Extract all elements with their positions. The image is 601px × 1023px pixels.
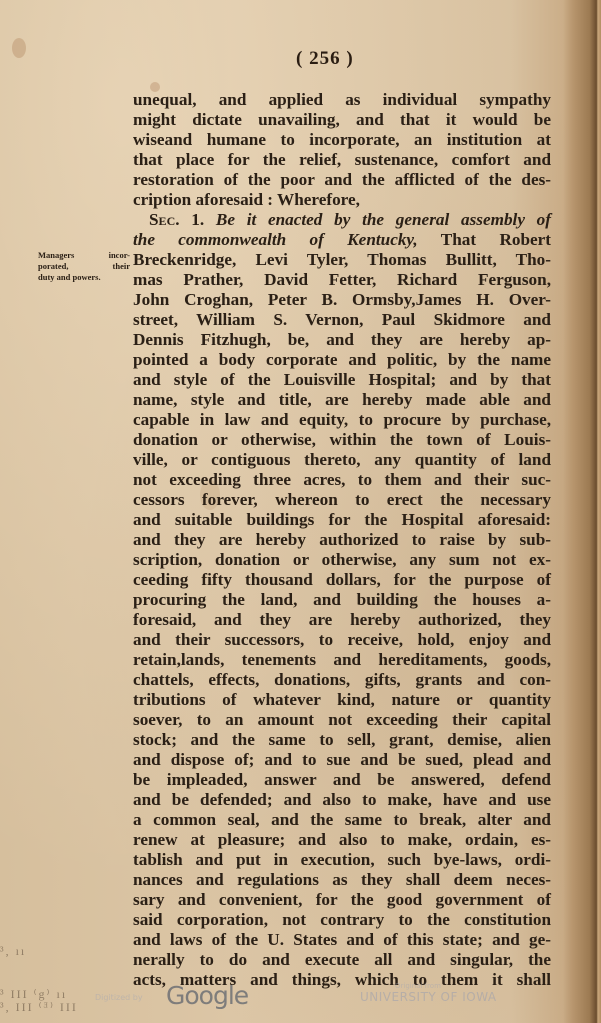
text-line: and suitable buildings for the Hospital … <box>133 510 551 530</box>
text-line: restoration of the poor and the afflicte… <box>133 170 551 190</box>
text-line: ceeding fifty thousand dollars, for the … <box>133 570 551 590</box>
text-line: street, William S. Vernon, Paul Skidmore… <box>133 310 551 330</box>
enacting-clause: the commonwealth of Kentucky, <box>133 230 418 249</box>
scanned-book-page: ( 256 ) Managers incor- porated, their d… <box>0 0 601 1023</box>
margin-note: Managers incor- porated, their duty and … <box>38 250 130 283</box>
text-line: and style of the Louisville Hospital; an… <box>133 370 551 390</box>
text-line: be impleaded, answer and be answered, de… <box>133 770 551 790</box>
margin-note-line: Managers incor- <box>38 250 130 261</box>
text-line: John Croghan, Peter B. Ormsby,James H. O… <box>133 290 551 310</box>
text-line: cessors forever, whereon to erect the ne… <box>133 490 551 510</box>
margin-note-line: duty and powers. <box>38 272 130 283</box>
text-line: pointed a body corporate and politic, by… <box>133 350 551 370</box>
text-line: name, style and title, are hereby made a… <box>133 390 551 410</box>
paper-stain <box>12 38 26 58</box>
text-line: and be defended; and also to make, have … <box>133 790 551 810</box>
text-line: the commonwealth of Kentucky, That Rober… <box>133 230 551 250</box>
text-line: mas Prather, David Fetter, Richard Fergu… <box>133 270 551 290</box>
digitized-by-label: Digitized by <box>95 993 143 1002</box>
text-line: not exceeding three acres, to them and t… <box>133 470 551 490</box>
text-line: wiseand humane to incorporate, an instit… <box>133 130 551 150</box>
page-number: ( 256 ) <box>296 48 386 70</box>
university-label: UNIVERSITY OF IOWA <box>360 990 497 1004</box>
google-logo: Google <box>166 981 248 1010</box>
text-line: Dennis Fitzhugh, be, and they are hereby… <box>133 330 551 350</box>
text-line: that place for the relief, sustenance, c… <box>133 150 551 170</box>
text-line: and their successors, to receive, hold, … <box>133 630 551 650</box>
text-line: a common seal, and the same to break, al… <box>133 810 551 830</box>
text-line: unequal, and applied as individual sympa… <box>133 90 551 110</box>
bleed-through-text: ³, III ⁽ᴲ⁾ III <box>0 1000 90 1015</box>
text-line: tablish and put in execution, such bye-l… <box>133 850 551 870</box>
text-line: and they are hereby authorized to raise … <box>133 530 551 550</box>
text-line: soever, to an amount not exceeding their… <box>133 710 551 730</box>
text-line: chattels, effects, donations, gifts, gra… <box>133 670 551 690</box>
text-line: nances and regulations as they shall dee… <box>133 870 551 890</box>
text-line: donation or otherwise, within the town o… <box>133 430 551 450</box>
text-line: and dispose of; and to sue and be sued, … <box>133 750 551 770</box>
section-heading-line: Sec. 1. Be it enacted by the general ass… <box>133 210 551 230</box>
text-line: tributions of whatever kind, nature or q… <box>133 690 551 710</box>
original-from-label: Original from <box>395 982 441 990</box>
body-text: unequal, and applied as individual sympa… <box>133 90 551 990</box>
text-line: capable in law and equity, to procure by… <box>133 410 551 430</box>
text-line: procuring the land, and building the hou… <box>133 590 551 610</box>
text-line: nerally to do and execute all and singul… <box>133 950 551 970</box>
text-line: and laws of the U. States and of this st… <box>133 930 551 950</box>
bleed-through-text: ³, ıı <box>0 944 90 959</box>
book-spine-shadow <box>563 0 601 1023</box>
section-label: Sec. 1. <box>149 210 204 229</box>
text-line: ville, or contiguous thereto, any quanti… <box>133 450 551 470</box>
text-line: said corporation, not contrary to the co… <box>133 910 551 930</box>
text-line: might dictate unavailing, and that it wo… <box>133 110 551 130</box>
enacting-clause: Be it enacted by the general assembly of <box>216 210 551 229</box>
text-line: scription, donation or otherwise, any su… <box>133 550 551 570</box>
text-line: stock; and the same to sell, grant, demi… <box>133 730 551 750</box>
margin-note-line: porated, their <box>38 261 130 272</box>
text-line: renew at pleasure; and also to make, ord… <box>133 830 551 850</box>
text-line: retain,lands, tenements and hereditament… <box>133 650 551 670</box>
text-line: Breckenridge, Levi Tyler, Thomas Bullitt… <box>133 250 551 270</box>
text-line: foresaid, and they are hereby authorized… <box>133 610 551 630</box>
text-line: cription aforesaid : Wherefore, <box>133 190 551 210</box>
text-line: sary and convenient, for the good govern… <box>133 890 551 910</box>
